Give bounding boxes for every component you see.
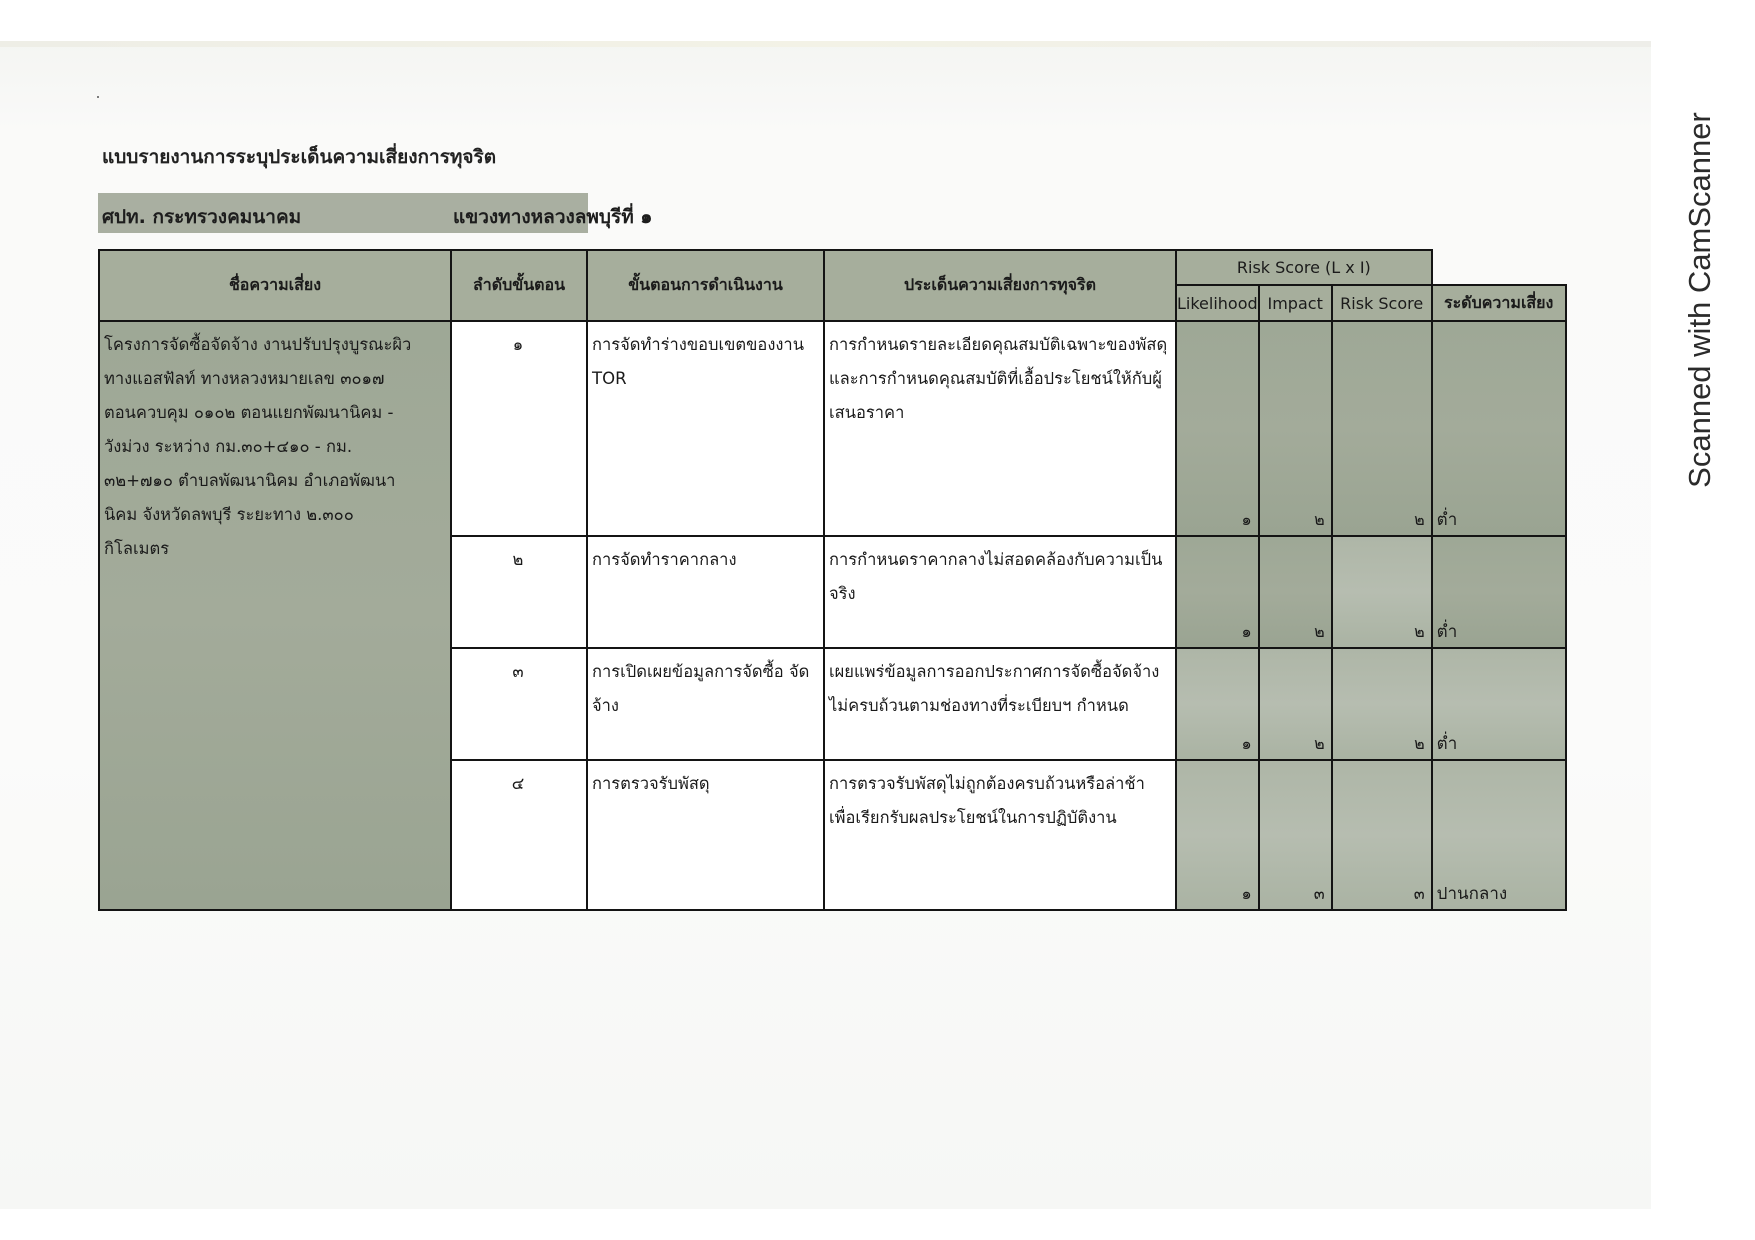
risk-table-wrapper: ชื่อความเสี่ยง ลำดับขั้นตอน ขั้นตอนการดำ…	[98, 249, 1567, 911]
risk-score-cell: ๒	[1333, 649, 1431, 759]
issue-text: การตรวจรับพัสดุไม่ถูกต้องครบถ้วนหรือล่าช…	[825, 761, 1175, 841]
impact-cell: ๒	[1260, 322, 1331, 535]
camscanner-watermark: Scanned with CamScanner	[1682, 112, 1718, 488]
step-text: การตรวจรับพัสดุ	[588, 761, 823, 807]
header-likelihood: Likelihood	[1176, 285, 1259, 321]
header-risk-level: ระดับความเสี่ยง	[1432, 285, 1566, 321]
impact-cell: ๓	[1260, 761, 1331, 909]
risk-name-cell: โครงการจัดซื้อจัดจ้าง งานปรับปรุงบูรณะผิ…	[99, 321, 451, 910]
organization-district: แขวงทางหลวงลพบุรีที่ ๑	[453, 202, 652, 232]
issue-text: การกำหนดรายละเอียดคุณสมบัติเฉพาะของพัสดุ…	[825, 322, 1175, 436]
risk-level-cell: ปานกลาง	[1433, 761, 1565, 909]
issue-text: เผยแพร่ข้อมูลการออกประกาศการจัดซื้อจัดจ้…	[825, 649, 1175, 729]
header-step: ขั้นตอนการดำเนินงาน	[587, 250, 824, 321]
scan-speck	[97, 96, 99, 98]
step-number: ๑	[452, 322, 586, 368]
paper-edge	[0, 41, 1651, 47]
step-number: ๒	[452, 537, 586, 583]
step-number: ๓	[452, 649, 586, 695]
risk-table: ชื่อความเสี่ยง ลำดับขั้นตอน ขั้นตอนการดำ…	[98, 249, 1567, 911]
header-impact: Impact	[1259, 285, 1332, 321]
likelihood-cell: ๑	[1177, 649, 1258, 759]
issue-text: การกำหนดราคากลางไม่สอดคล้องกับความเป็นจร…	[825, 537, 1175, 617]
header-risk-name: ชื่อความเสี่ยง	[99, 250, 451, 321]
table-row: โครงการจัดซื้อจัดจ้าง งานปรับปรุงบูรณะผิ…	[99, 321, 1566, 536]
risk-level-cell: ต่ำ	[1433, 322, 1565, 535]
step-text: การจัดทำราคากลาง	[588, 537, 823, 583]
likelihood-cell: ๑	[1177, 761, 1258, 909]
step-text: การเปิดเผยข้อมูลการจัดซื้อ จัดจ้าง	[588, 649, 823, 729]
risk-level-cell: ต่ำ	[1433, 537, 1565, 647]
risk-name-text: โครงการจัดซื้อจัดจ้าง งานปรับปรุงบูรณะผิ…	[100, 322, 450, 572]
header-spacer	[1432, 250, 1566, 285]
likelihood-cell: ๑	[1177, 537, 1258, 647]
risk-score-cell: ๒	[1333, 322, 1431, 535]
risk-score-cell: ๓	[1333, 761, 1431, 909]
header-risk-score: Risk Score	[1332, 285, 1432, 321]
step-number: ๔	[452, 761, 586, 807]
risk-level-cell: ต่ำ	[1433, 649, 1565, 759]
header-issue: ประเด็นความเสี่ยงการทุจริต	[824, 250, 1176, 321]
risk-score-cell: ๒	[1333, 537, 1431, 647]
likelihood-cell: ๑	[1177, 322, 1258, 535]
impact-cell: ๒	[1260, 649, 1331, 759]
header-risk-score-group: Risk Score (L x I)	[1176, 250, 1432, 285]
impact-cell: ๒	[1260, 537, 1331, 647]
step-text: การจัดทำร่างขอบเขตของงาน TOR	[588, 322, 823, 402]
organization-ministry: ศปท. กระทรวงคมนาคม	[102, 202, 301, 232]
header-step-number: ลำดับขั้นตอน	[451, 250, 587, 321]
document-title: แบบรายงานการระบุประเด็นความเสี่ยงการทุจร…	[102, 142, 496, 172]
